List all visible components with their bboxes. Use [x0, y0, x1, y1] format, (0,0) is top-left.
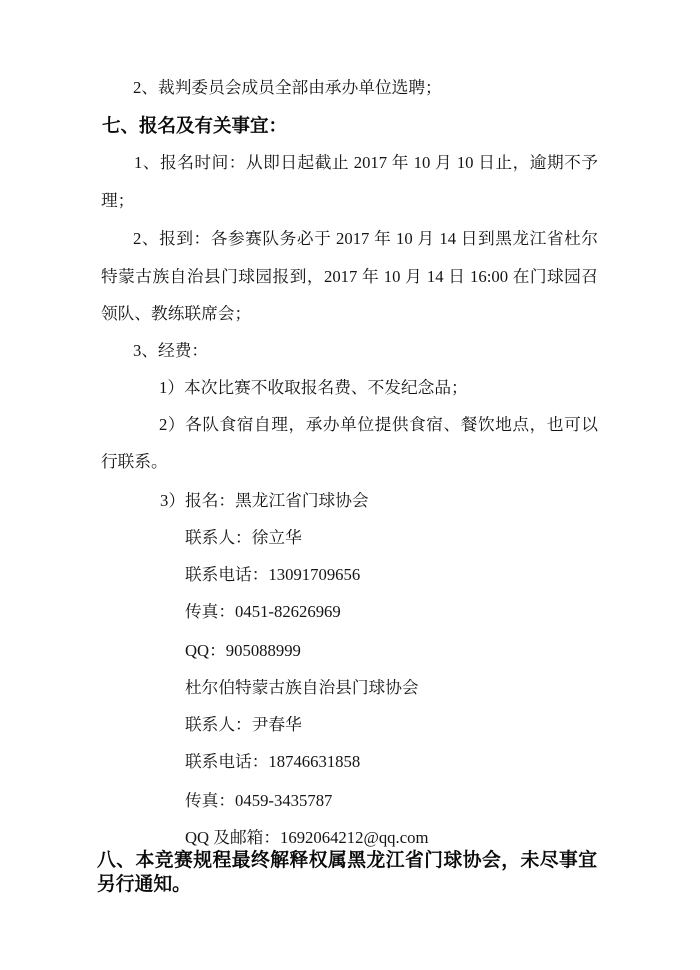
contact-2-fax: 传真：0459-3435787: [185, 789, 332, 813]
registration-time-line-1: 1、报名时间：从即日起截止 2017 年 10 月 10 日止，逾期不予受: [134, 151, 598, 175]
section-8-heading-line-2: 另行通知。: [97, 873, 191, 897]
contact-1-qq: QQ：905088999: [185, 639, 301, 663]
section-7-heading: 七、报名及有关事宜：: [102, 115, 287, 139]
fees-item-1: 1）本次比赛不收取报名费、不发纪念品；: [159, 376, 468, 400]
contact-2-person: 联系人：尹春华: [185, 713, 302, 737]
check-in-line-3: 领队、教练联席会；: [101, 302, 251, 326]
section-8-heading-line-1: 八、本竞赛规程最终解释权属黑龙江省门球协会，未尽事宜: [97, 849, 597, 873]
contact-2-phone: 联系电话：18746631858: [185, 750, 360, 774]
registration-org-1: 3）报名：黑龙江省门球协会: [160, 489, 369, 513]
document-page: 2、裁判委员会成员全部由承办单位选聘； 七、报名及有关事宜： 1、报名时间：从即…: [0, 0, 700, 970]
fees-item-2-line-1: 2）各队食宿自理，承办单位提供食宿、餐饮地点，也可以自: [159, 413, 598, 437]
check-in-line-2: 特蒙古族自治县门球园报到，2017 年 10 月 14 日 16:00 在门球园…: [101, 265, 598, 289]
contact-1-phone: 联系电话：13091709656: [185, 563, 360, 587]
referee-committee-item: 2、裁判委员会成员全部由承办单位选聘；: [133, 76, 442, 100]
contact-1-person: 联系人：徐立华: [185, 526, 302, 550]
fees-title: 3、经费：: [133, 339, 208, 363]
contact-2-qq-email: QQ 及邮箱：1692064212@qq.com: [185, 826, 428, 850]
fees-item-2-line-2: 行联系。: [101, 450, 168, 474]
registration-time-line-2: 理；: [101, 189, 134, 213]
contact-1-fax: 传真：0451-82626969: [185, 600, 341, 624]
check-in-line-1: 2、报到：各参赛队务必于 2017 年 10 月 14 日到黑龙江省杜尔伯: [133, 227, 598, 251]
registration-org-2: 杜尔伯特蒙古族自治县门球协会: [185, 676, 419, 700]
